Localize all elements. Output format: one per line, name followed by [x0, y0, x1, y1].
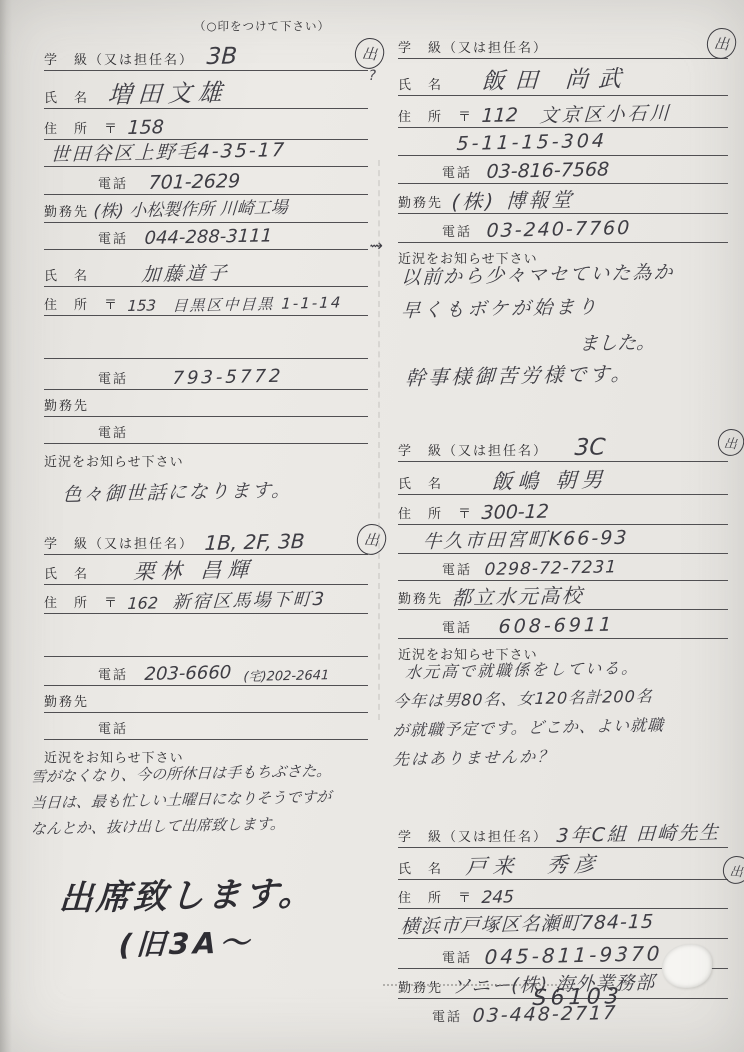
- address-value: 世田谷区上野毛4-35-17: [50, 141, 286, 166]
- name-value: 戸来 秀彦: [465, 854, 601, 879]
- phone-value: 0298-72-7231: [484, 559, 617, 580]
- work-row: 勤務先: [44, 390, 368, 417]
- work-label: 勤務先: [44, 696, 89, 712]
- class-value: 1B, 2F, 3B: [204, 531, 305, 554]
- work-label: 勤務先: [398, 593, 443, 609]
- phone-extra-value: (宅)202-2641: [243, 669, 330, 685]
- news-text-line: 幹事様御苦労様です。: [404, 361, 730, 403]
- phone-label: 電話: [98, 178, 128, 194]
- address-row-2: 世田谷区上野毛4-35-17: [44, 140, 368, 167]
- news-text-block: 以前から少々マセていた為か 早くもボケが始まり ました。 幹事様御苦労様です。: [398, 269, 728, 403]
- address-label: 住 所 〒: [44, 299, 119, 315]
- address-label: 住 所 〒: [398, 111, 473, 127]
- name-row: 氏 名 飯嶋 朝男: [398, 462, 728, 495]
- blank-line: [44, 330, 368, 359]
- question-mark: ?: [369, 68, 376, 84]
- name-label: 氏 名: [44, 270, 89, 286]
- class-value: 3B: [206, 45, 238, 70]
- address-row: 住 所 〒 153 目黒区中目黒 1-1-14: [44, 287, 368, 316]
- attendance-note-2: (旧3A〜: [118, 926, 370, 961]
- blank-line: [44, 628, 368, 657]
- scan-page-edge: [0, 0, 12, 1052]
- class-label: 学 級（又は担任名）: [398, 42, 548, 58]
- form-column-left: （○印をつけて下さい） 学 級（又は担任名） 3B 出 ? 氏 名 増田文雄 住…: [44, 12, 368, 961]
- phone-row: 電話 0298-72-7231: [398, 554, 728, 581]
- phone-value: 793-5772: [172, 368, 284, 389]
- phone-row: 電話 701-2629: [44, 167, 368, 195]
- phone-label: 電話: [98, 233, 128, 249]
- class-row: 学 級（又は担任名） 出: [398, 26, 728, 59]
- phone-label: 電話: [98, 373, 128, 389]
- name-value: 栗林 昌輝: [133, 559, 255, 584]
- phone-label: 電話: [442, 622, 472, 638]
- work-label: 勤務先: [44, 400, 89, 416]
- postal-value: 245: [481, 889, 514, 908]
- name-label: 氏 名: [398, 79, 443, 95]
- name-row: 氏 名 加藤道子: [44, 254, 368, 287]
- phone-row: 電話 203-6660 (宅)202-2641: [44, 657, 368, 686]
- address-row: 住 所 〒 245: [398, 880, 728, 909]
- address-row-2: 横浜市戸塚区名瀬町784-15: [398, 909, 728, 939]
- name-value: 加藤道子: [141, 264, 230, 286]
- name-label: 氏 名: [398, 863, 443, 879]
- name-row: 氏 名 栗林 昌輝: [44, 555, 368, 585]
- work-phone-row: 電話 03-240-7760: [398, 214, 728, 243]
- phone-label: 電話: [98, 723, 128, 739]
- address-label: 住 所 〒: [398, 892, 473, 908]
- address-row-2: 5-11-15-304: [398, 128, 728, 156]
- name-label: 氏 名: [398, 478, 443, 494]
- work-value: 都立水元高校: [451, 585, 584, 609]
- name-label: 氏 名: [44, 568, 89, 584]
- phone-label: 電話: [442, 226, 472, 242]
- work-label: 勤務先: [398, 982, 443, 998]
- phone-value: 701-2629: [148, 172, 241, 194]
- class-row: 学 級（又は担任名） 3C 出: [398, 427, 728, 462]
- arrow-mark: ⇝: [369, 238, 383, 255]
- name-value: 飯嶋 朝男: [491, 470, 608, 494]
- class-value: 3年C組 田崎先生: [556, 824, 721, 847]
- work-row: 勤務先 (株) 博報堂: [398, 184, 728, 214]
- attendance-note-block: 出席致します。 (旧3A〜: [44, 882, 368, 961]
- postal-value: 300-12: [481, 503, 549, 524]
- circle-instruction: （○印をつけて下さい）: [194, 18, 330, 34]
- address-value: 文京区小石川: [539, 104, 672, 127]
- work-phone-row: 電話: [44, 713, 368, 740]
- footer-code: S6103: [532, 986, 623, 1011]
- phone-label: 電話: [98, 427, 128, 443]
- class-row: 学 級（又は担任名） 1B, 2F, 3B 出: [44, 518, 368, 555]
- work-row: 勤務先 (株) 小松製作所 川崎工場: [44, 195, 368, 223]
- attendance-mark: 出: [355, 522, 389, 558]
- form-column-right: 学 級（又は担任名） 出 氏 名 飯田 尚武 住 所 〒 112 文京区小石川 …: [398, 26, 728, 1027]
- address-value: 目黒区中目黒 1-1-14: [172, 295, 343, 315]
- address-label: 住 所 〒: [44, 597, 119, 613]
- address-row: 住 所 〒 300-12: [398, 495, 728, 525]
- news-text-block: 水元高で就職係をしている。 今年は男80名、女120名計200名 が就職予定です…: [398, 665, 728, 781]
- name-row: 氏 名 戸来 秀彦 出: [398, 848, 728, 880]
- address-value: 横浜市戸塚区名瀬町784-15: [400, 913, 655, 938]
- address-row-2: 牛久市田宮町K66-93: [398, 525, 728, 554]
- phone-value: 203-6660: [144, 664, 232, 685]
- phone-label: 電話: [442, 952, 472, 968]
- class-label: 学 級（又は担任名）: [44, 538, 194, 554]
- class-label: 学 級（又は担任名）: [398, 831, 548, 847]
- attendance-mark: 出: [705, 26, 739, 62]
- phone-label: 電話: [432, 1011, 462, 1027]
- postal-value: 153: [127, 298, 156, 315]
- work-phone-value: 044-288-3111: [144, 227, 273, 249]
- phone-value: 045-811-9370: [484, 943, 663, 968]
- phone-row: 電話 793-5772: [44, 359, 368, 390]
- work-row: 勤務先 都立水元高校: [398, 581, 728, 610]
- phone-label: 電話: [442, 167, 472, 183]
- address-label: 住 所 〒: [44, 123, 119, 139]
- news-text-block: 雪がなくなり、今の所休日は手もちぶさた。 当日は、最も忙しい土曜日になりそうです…: [44, 770, 368, 848]
- phone-row: 電話 03-816-7568: [398, 156, 728, 184]
- phone-label: 電話: [98, 669, 128, 685]
- name-value: 飯田 尚武: [481, 68, 632, 95]
- class-row: 学 級（又は担任名） 3B 出 ?: [44, 34, 368, 71]
- news-text-line: 色々御世話になります。: [62, 481, 293, 506]
- work-value: (株) 小松製作所 川崎工場: [93, 200, 288, 222]
- phone-value: 03-816-7568: [486, 160, 610, 183]
- work-label: 勤務先: [398, 197, 443, 213]
- attendance-note: 出席致します。: [58, 876, 370, 917]
- work-phone-row: 電話 608-6911: [398, 610, 728, 639]
- address-value-2: 5-11-15-304: [456, 132, 607, 155]
- work-label: 勤務先: [44, 206, 89, 222]
- postal-value: 112: [481, 106, 518, 127]
- address-label: 住 所 〒: [398, 508, 473, 524]
- address-row: 住 所 〒 112 文京区小石川: [398, 96, 728, 128]
- news-text-row: 色々御世話になります。: [44, 472, 368, 506]
- name-row: 氏 名 飯田 尚武: [398, 59, 728, 96]
- name-label: 氏 名: [44, 92, 89, 108]
- attendance-mark: 出: [716, 427, 744, 458]
- news-text-line: 先はありませんか？: [392, 745, 730, 781]
- phone-row: 電話 045-811-9370: [398, 939, 728, 969]
- class-value: 3C: [574, 436, 606, 461]
- phone-label: 電話: [442, 564, 472, 580]
- work-phone-row: 電話 044-288-3111 ⇝: [44, 223, 368, 250]
- class-label: 学 級（又は担任名）: [398, 445, 548, 461]
- name-value: 増田文雄: [107, 80, 228, 108]
- address-row: 住 所 〒 162 新宿区馬場下町3: [44, 585, 368, 614]
- work-phone-value: 03-240-7760: [486, 219, 632, 242]
- address-value: 牛久市田宮町K66-93: [422, 529, 629, 553]
- news-text-line: 早くもボケが始まり: [400, 295, 730, 335]
- news-text-line: なんとか、抜け出して出席致します。: [30, 815, 370, 848]
- work-row: 勤務先: [44, 686, 368, 713]
- postal-value: 162: [127, 595, 158, 613]
- work-value: (株) 博報堂: [451, 189, 575, 213]
- class-row: 学 級（又は担任名） 3年C組 田崎先生: [398, 815, 728, 848]
- address-row: 住 所 〒 158: [44, 109, 368, 140]
- attendance-mark: 出: [353, 36, 387, 72]
- name-row: 氏 名 増田文雄: [44, 71, 368, 109]
- news-prompt-row: 近況をお知らせ下さい: [44, 448, 368, 472]
- work-phone-row: 電話: [44, 417, 368, 444]
- postal-value: 158: [127, 118, 164, 139]
- class-label: 学 級（又は担任名）: [44, 54, 194, 70]
- work-phone-value: 608-6911: [498, 616, 615, 638]
- news-prompt: 近況をお知らせ下さい: [44, 456, 184, 472]
- address-value: 新宿区馬場下町3: [172, 591, 327, 613]
- circle-instruction-row: （○印をつけて下さい）: [44, 12, 368, 34]
